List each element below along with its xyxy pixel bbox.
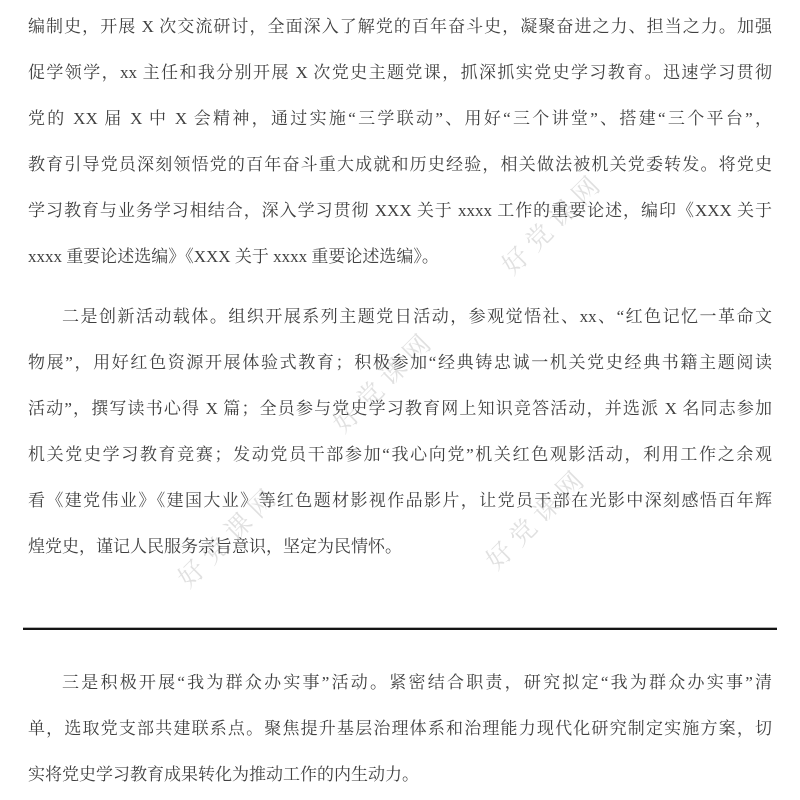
document-body: 编制史，开展 X 次交流研讨，全面深入了解党的百年奋斗史，凝聚奋进之力、担当之力… [0, 0, 800, 800]
text-line: 实将党史学习教育成果转化为推动工作的内生动力。 [28, 752, 772, 798]
text-line: 单，选取党支部共建联系点。聚焦提升基层治理体系和治理能力现代化研究制定实施方案，… [28, 706, 772, 752]
paragraph-3: 三是积极开展“我为群众办实事”活动。紧密结合职责，研究拟定“我为群众办实事”清 … [28, 660, 772, 798]
page-break-line [23, 627, 777, 630]
text-line: 看《建党伟业》《建国大业》等红色题材影视作品影片，让党员干部在光影中深刻感悟百年… [28, 478, 772, 524]
text-line: 机关党史学习教育竞赛；发动党员干部参加“我心向党”机关红色观影活动，利用工作之余… [28, 432, 772, 478]
text-line: 促学领学，xx 主任和我分别开展 X 次党史主题党课，抓深抓实党史学习教育。迅速… [28, 50, 772, 96]
text-line: 党的 XX 届 X 中 X 会精神，通过实施“三学联动”、用好“三个讲堂”、搭建… [28, 96, 772, 142]
text-line: 教育引导党员深刻领悟党的百年奋斗重大成就和历史经验，相关做法被机关党委转发。将党… [28, 142, 772, 188]
text-line: 煌党史，谨记人民服务宗旨意识，坚定为民情怀。 [28, 524, 772, 570]
paragraph-2: 二是创新活动载体。组织开展系列主题党日活动，参观觉悟社、xx、“红色记忆一革命文… [28, 294, 772, 570]
text-line: 二是创新活动载体。组织开展系列主题党日活动，参观觉悟社、xx、“红色记忆一革命文 [28, 294, 772, 340]
paragraph-1: 编制史，开展 X 次交流研讨，全面深入了解党的百年奋斗史，凝聚奋进之力、担当之力… [28, 4, 772, 280]
text-line: 学习教育与业务学习相结合，深入学习贯彻 XXX 关于 xxxx 工作的重要论述，… [28, 188, 772, 234]
text-line: 活动”，撰写读书心得 X 篇；全员参与党史学习教育网上知识竞答活动，并选派 X … [28, 386, 772, 432]
text-line: 编制史，开展 X 次交流研讨，全面深入了解党的百年奋斗史，凝聚奋进之力、担当之力… [28, 4, 772, 50]
text-line: 物展”，用好红色资源开展体验式教育；积极参加“经典铸忠诚一机关党史经典书籍主题阅… [28, 340, 772, 386]
text-line: 三是积极开展“我为群众办实事”活动。紧密结合职责，研究拟定“我为群众办实事”清 [28, 660, 772, 706]
document-page: 好党课网 好党课网 好党课网 好党课网 编制史，开展 X 次交流研讨，全面深入了… [0, 0, 800, 800]
text-line: xxxx 重要论述选编》《XXX 关于 xxxx 重要论述选编》。 [28, 234, 772, 280]
